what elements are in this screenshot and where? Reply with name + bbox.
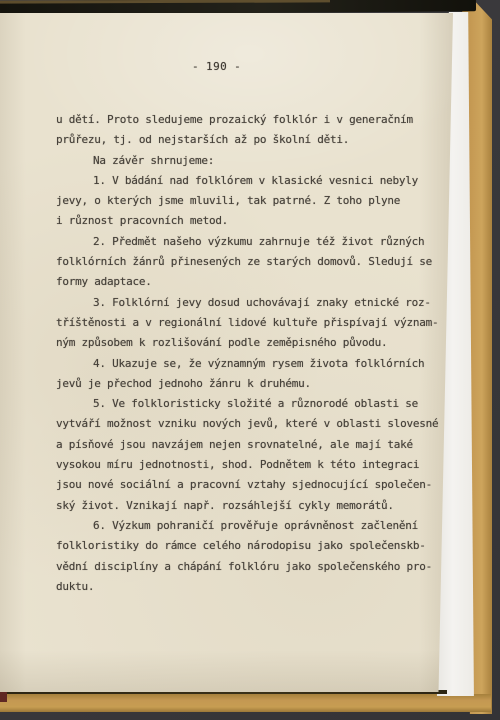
text-body: u dětí. Proto sledujeme prozaický folkló… (56, 110, 448, 597)
text-line: vytváří možnost vzniku nových jevů, kter… (56, 414, 448, 434)
binding-fragment (0, 691, 7, 702)
text-line: Na závěr shrnujeme: (56, 151, 448, 171)
text-line: formy adaptace. (56, 272, 448, 292)
text-line: a písňové jsou navzájem nejen srovnateln… (56, 435, 448, 455)
text-line: průřezu, tj. od nejstarších až po školní… (56, 130, 448, 150)
text-line: 2. Předmět našeho výzkumu zahrnuje též ž… (56, 232, 448, 252)
text-line: vysokou míru jednotnosti, shod. Podnětem… (56, 455, 448, 475)
text-line: ným způsobem k rozlišování podle zeměpis… (56, 333, 448, 353)
text-line: u dětí. Proto sledujeme prozaický folkló… (56, 110, 448, 130)
book-cover-bottom-edge (0, 694, 491, 712)
text-line: 6. Výzkum pohraničí prověřuje oprávněnos… (56, 516, 448, 536)
document-page: - 190 - u dětí. Proto sledujeme prozaick… (0, 13, 453, 692)
text-line: ský život. Vznikají např. rozsáhlejší cy… (56, 496, 448, 516)
text-line: 4. Ukazuje se, že významným rysem života… (56, 354, 448, 374)
text-line: 5. Ve folkloristicky složité a různorodé… (56, 394, 448, 414)
text-line: 1. V bádání nad folklórem v klasické ves… (56, 171, 448, 191)
text-line: i různost pracovních metod. (56, 211, 448, 231)
text-line: 3. Folklórní jevy dosud uchovávají znaky… (56, 293, 448, 313)
text-line: folkloristiky do rámce celého národopisu… (56, 536, 448, 556)
text-line: tříštěnosti a v regionální lidové kultuř… (56, 313, 448, 333)
text-line: folklórních žánrů přinesených ze starých… (56, 252, 448, 272)
text-line: duktu. (56, 577, 448, 597)
text-line: jevů je přechod jednoho žánru k druhému. (56, 374, 448, 394)
text-line: jsou nové sociální a pracovní vztahy sje… (56, 475, 448, 495)
text-line: jevy, o kterých jsme mluvili, tak patrné… (56, 191, 448, 211)
page-number: - 190 - (192, 60, 241, 73)
photo-backdrop: - 190 - u dětí. Proto sledujeme prozaick… (0, 0, 500, 720)
text-line: vědní disciplíny a chápání folklóru jako… (56, 557, 448, 577)
